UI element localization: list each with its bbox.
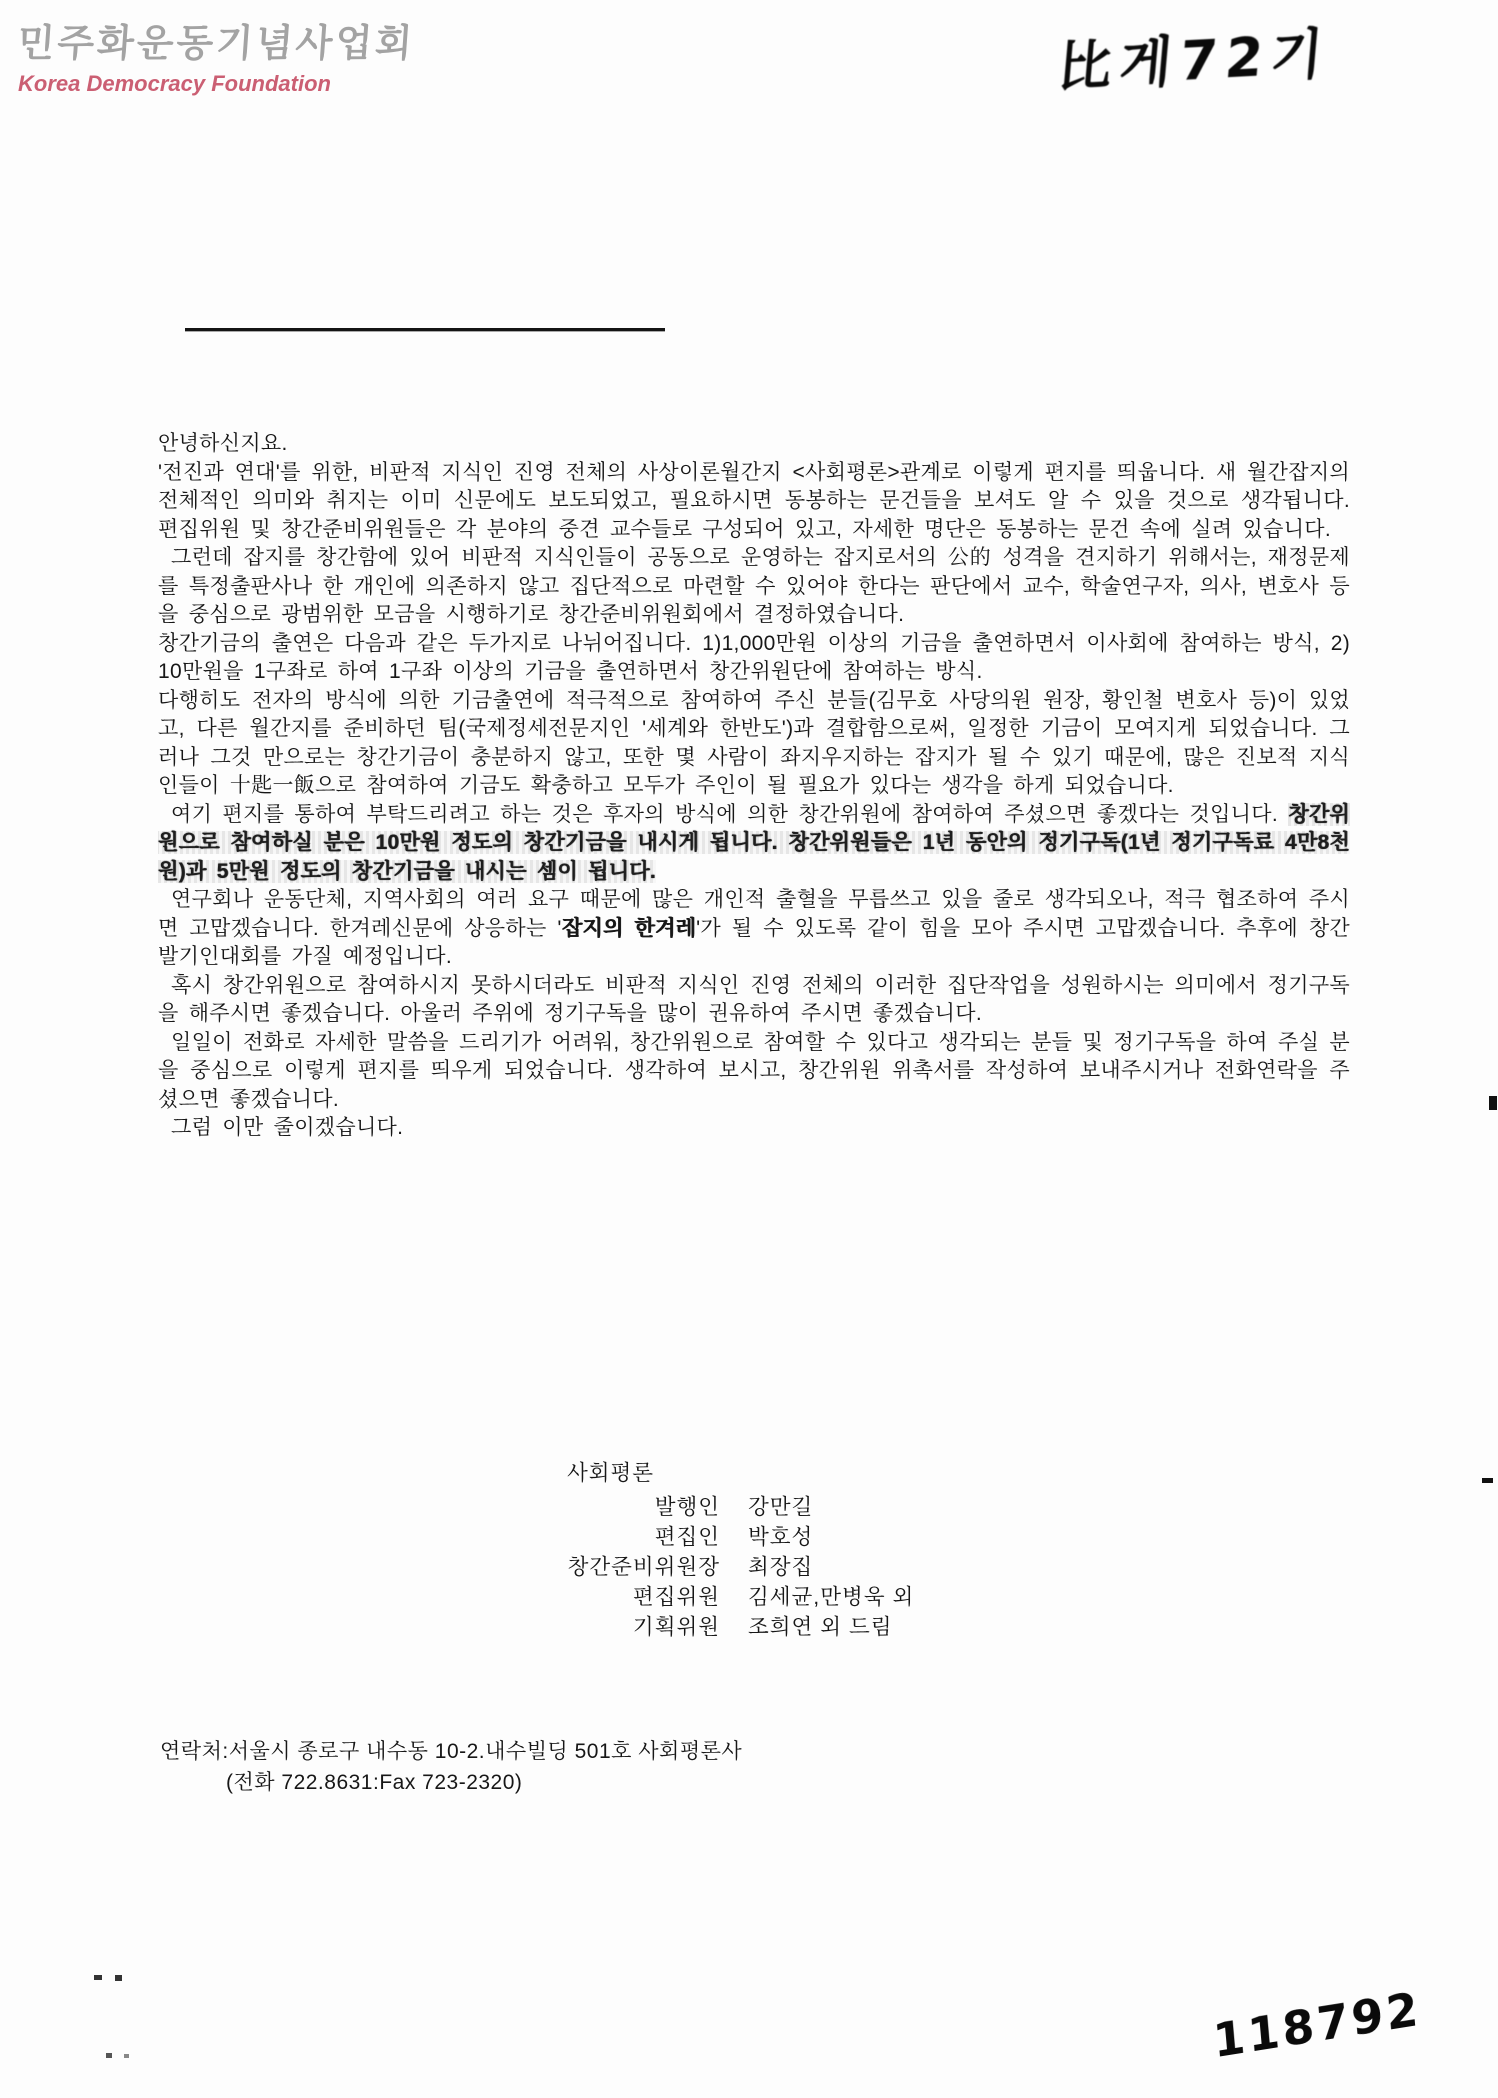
signature-block: 사회평론 발행인 강만길 편집인 박호성 창간준비위원장 최장집 편집위원 김세… bbox=[405, 1458, 914, 1642]
signature-label: 발행인 bbox=[405, 1492, 720, 1522]
signature-value: 최장집 bbox=[748, 1552, 914, 1582]
logo-english-text: Korea Democracy Foundation bbox=[18, 71, 415, 97]
handwritten-note: 比게72기 bbox=[1055, 11, 1335, 103]
signature-label: 창간준비위원장 bbox=[405, 1552, 720, 1582]
signature-label: 편집인 bbox=[405, 1522, 720, 1552]
handwritten-archive-number: 118792 bbox=[1211, 1982, 1423, 2069]
paragraph-3: 창간기금의 출연은 다음과 같은 두가지로 나뉘어집니다. 1)1,000만원 … bbox=[158, 630, 1350, 687]
scanned-letter-page: 민주화운동기념사업회 Korea Democracy Foundation 比게… bbox=[0, 0, 1498, 2098]
scan-artifact bbox=[124, 2054, 129, 2058]
scan-artifact bbox=[1489, 1096, 1497, 1110]
signature-row: 기획위원 조희연 외 드림 bbox=[405, 1612, 914, 1642]
contact-address-line: 연락처:서울시 종로구 내수동 10-2.내수빌딩 501호 사회평론사 bbox=[160, 1736, 742, 1767]
scan-artifact bbox=[1482, 1478, 1493, 1483]
signature-row: 창간준비위원장 최장집 bbox=[405, 1552, 914, 1582]
logo-korean-text: 민주화운동기념사업회 bbox=[16, 12, 417, 67]
signature-row: 편집인 박호성 bbox=[405, 1522, 914, 1552]
signature-value: 조희연 외 드림 bbox=[748, 1612, 914, 1642]
paragraph-8: 일일이 전화로 자세한 말씀을 드리기가 어려워, 창간위원으로 참여할 수 있… bbox=[158, 1029, 1350, 1115]
signature-value: 강만길 bbox=[748, 1492, 914, 1522]
scan-artifact bbox=[94, 1975, 102, 1980]
letter-body: 안녕하신지요. '전진과 연대'를 위한, 비판적 지식인 진영 전체의 사상이… bbox=[158, 430, 1350, 1143]
paragraph-4: 다행히도 전자의 방식에 의한 기금출연에 적극적으로 참여하여 주신 분들(김… bbox=[158, 687, 1350, 801]
organization-logo: 민주화운동기념사업회 Korea Democracy Foundation bbox=[18, 12, 415, 97]
signature-label: 기획위원 bbox=[405, 1612, 720, 1642]
paragraph-6: 연구회나 운동단체, 지역사회의 여러 요구 때문에 많은 개인적 출혈을 무릅… bbox=[158, 886, 1350, 972]
paragraph-5-normal: 여기 편지를 통하여 부탁드리려고 하는 것은 후자의 방식에 의한 창간위원에… bbox=[171, 803, 1288, 826]
paragraph-2: 그런데 잡지를 창간함에 있어 비판적 지식인들이 공동으로 운영하는 잡지로서… bbox=[158, 544, 1350, 630]
contact-phone-line: (전화 722.8631:Fax 723-2320) bbox=[160, 1767, 742, 1798]
signature-value: 김세균,만병욱 외 bbox=[748, 1582, 914, 1612]
paragraph-5: 여기 편지를 통하여 부탁드리려고 하는 것은 후자의 방식에 의한 창간위원에… bbox=[158, 801, 1350, 887]
contact-block: 연락처:서울시 종로구 내수동 10-2.내수빌딩 501호 사회평론사 (전화… bbox=[160, 1736, 742, 1798]
paragraph-1: '전진과 연대'를 위한, 비판적 지식인 진영 전체의 사상이론월간지 <사회… bbox=[158, 459, 1350, 545]
paragraph-7: 혹시 창간위원으로 참여하시지 못하시더라도 비판적 지식인 진영 전체의 이러… bbox=[158, 972, 1350, 1029]
signature-organization: 사회평론 bbox=[405, 1458, 914, 1488]
paragraph-6-bold-text: 잡지의 한겨레 bbox=[562, 917, 696, 940]
paragraph-9: 그럼 이만 줄이겠습니다. bbox=[158, 1114, 1350, 1143]
scan-artifact bbox=[115, 1975, 122, 1981]
signature-value: 박호성 bbox=[748, 1522, 914, 1552]
scan-artifact bbox=[106, 2053, 112, 2058]
greeting-line: 안녕하신지요. bbox=[158, 430, 1350, 459]
signature-label: 편집위원 bbox=[405, 1582, 720, 1612]
signature-row: 편집위원 김세균,만병욱 외 bbox=[405, 1582, 914, 1612]
signature-row: 발행인 강만길 bbox=[405, 1492, 914, 1522]
divider-line bbox=[185, 328, 665, 331]
